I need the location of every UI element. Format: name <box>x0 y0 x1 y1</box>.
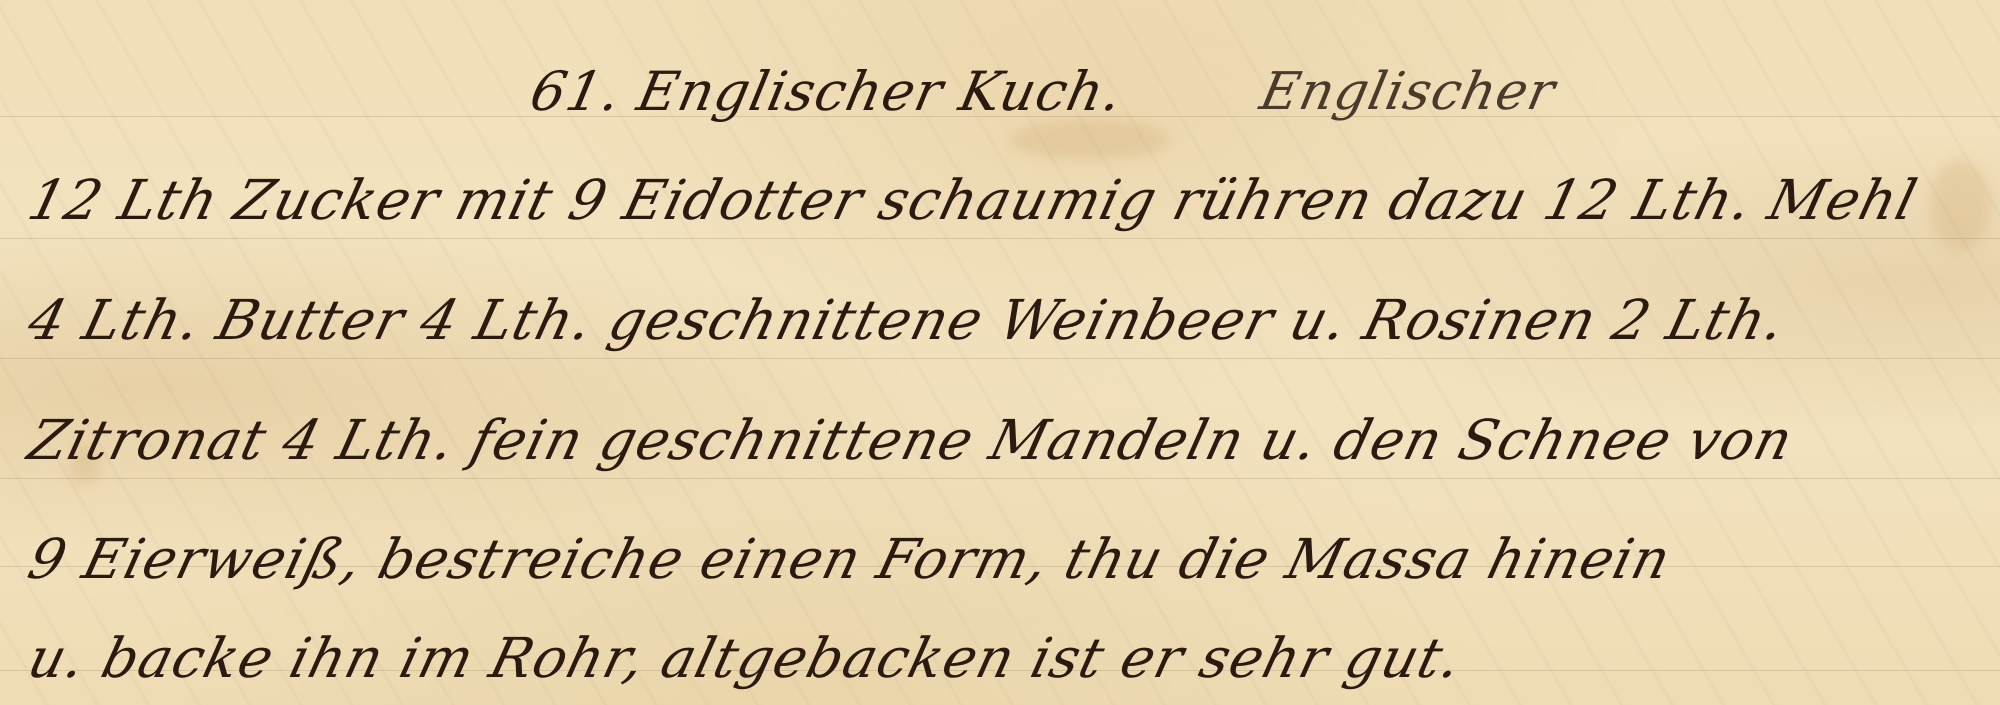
recipe-line-2: 4 Lth. Butter 4 Lth. geschnittene Weinbe… <box>22 288 1792 352</box>
recipe-line-1: 12 Lth Zucker mit 9 Eidotter schaumig rü… <box>22 168 1924 232</box>
ruling-line <box>0 478 2000 479</box>
ruling-line <box>0 238 2000 239</box>
recipe-line-5: u. backe ihn im Rohr, altgebacken ist er… <box>22 626 1469 690</box>
recipe-title: 61. Englischer Kuch. <box>525 60 1129 123</box>
title-correction: Englischer <box>1255 62 1561 122</box>
paper-stain <box>1930 160 1990 250</box>
recipe-line-3: Zitronat 4 Lth. fein geschnittene Mandel… <box>22 408 1800 472</box>
recipe-line-4: 9 Eierweiß, bestreiche einen Form, thu d… <box>22 527 1677 591</box>
recipe-page: 61. Englischer Kuch. Englischer 12 Lth Z… <box>0 0 2000 705</box>
paper-stain <box>1010 120 1170 160</box>
ruling-line <box>0 358 2000 359</box>
